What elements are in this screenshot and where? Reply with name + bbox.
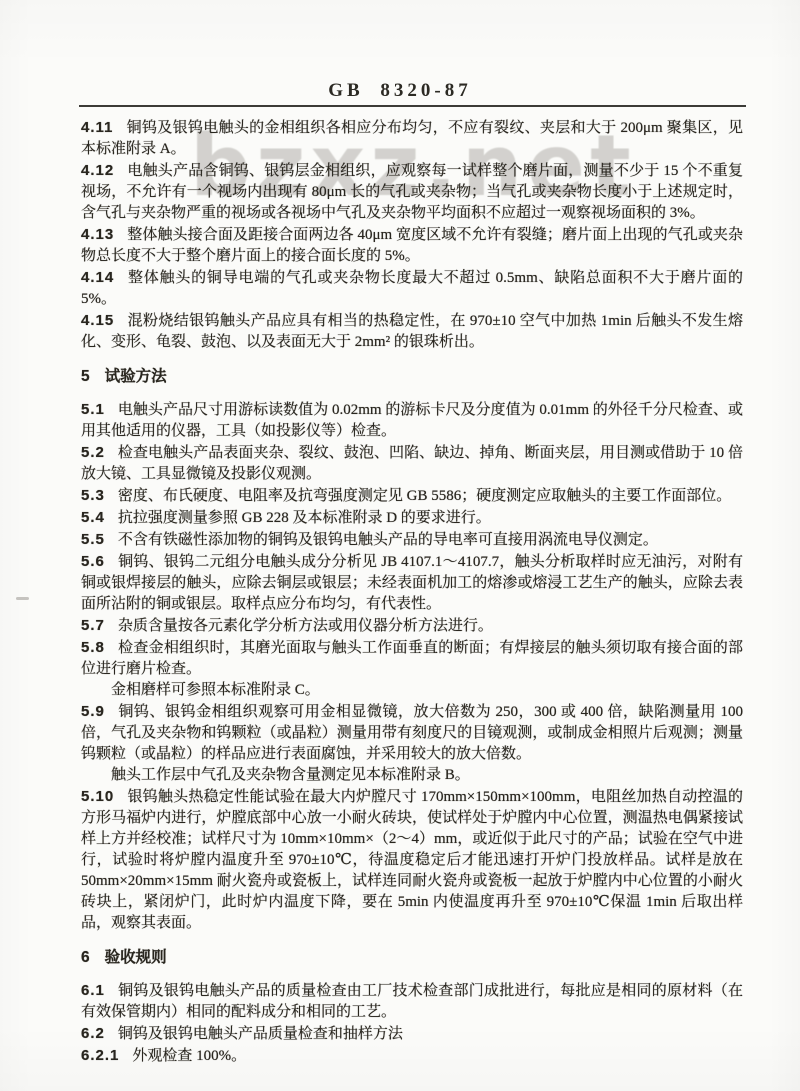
clause-text: 外观检查 100%。 [132, 1048, 246, 1064]
clause-number: 5.3 [81, 487, 105, 504]
clause-number: 5.2 [81, 444, 105, 461]
clause-5-7: 5.7杂质含量按各元素化学分析方法或用仪器分析方法进行。 [81, 615, 743, 637]
section-heading-5: 5试验方法 [81, 366, 743, 387]
clause-number: 5.8 [81, 639, 105, 656]
clause-text: 检查金相组织时，其磨光面取与触头工作面垂直的断面；有焊接层的触头须切取有接合面的… [81, 640, 743, 677]
clause-number: 5.4 [81, 509, 105, 526]
clause-5-10: 5.10银钨触头热稳定性能试验在最大内炉膛尺寸 170mm×150mm×100m… [81, 786, 743, 934]
clause-text: 抗拉强度测量参照 GB 228 及本标准附录 D 的要求进行。 [118, 510, 491, 526]
clause-number: 4.15 [81, 312, 114, 329]
clause-text: 杂质含量按各元素化学分析方法或用仪器分析方法进行。 [118, 618, 493, 634]
clause-number: 5.5 [81, 531, 105, 548]
clause-number: 5.6 [81, 553, 105, 570]
section-title: 验收规则 [105, 949, 167, 966]
clause-number: 5.1 [81, 401, 105, 418]
scan-artifact [16, 597, 29, 600]
clause-text: 铜钨、银钨二元组分电触头成分分析见 JB 4107.1～4107.7，触头分析取… [81, 554, 743, 612]
clause-4-11: 4.11铜钨及银钨电触头的金相组织各相应分布均匀，不应有裂纹、夹层和大于 200… [81, 117, 743, 160]
clause-4-12: 4.12电触头产品含铜钨、银钨层金相组织，应观察每一试样整个磨片面，测量不少于 … [81, 160, 743, 224]
section-title: 试验方法 [105, 368, 167, 385]
clause-4-13: 4.13整体触头接合面及距接合面两边各 40μm 宽度区域不允许有裂缝；磨片面上… [81, 224, 743, 267]
clause-text: 铜钨及银钨电触头的金相组织各相应分布均匀，不应有裂纹、夹层和大于 200μm 聚… [81, 120, 743, 157]
clause-5-8-note: 金相磨样可参照本标准附录 C。 [81, 680, 743, 701]
clause-6-2-1: 6.2.1外观检查 100%。 [81, 1045, 743, 1067]
clause-text: 密度、布氏硬度、电阻率及抗弯强度测定见 GB 5586；硬度测定应取触头的主要工… [118, 488, 731, 504]
section-number: 5 [81, 368, 91, 385]
clause-text: 银钨触头热稳定性能试验在最大内炉膛尺寸 170mm×150mm×100mm，电阻… [81, 789, 743, 931]
clause-5-2: 5.2检查电触头产品表面夹杂、裂纹、鼓泡、凹陷、缺边、掉角、断面夹层，用目测或借… [81, 442, 743, 485]
clause-6-1: 6.1铜钨及银钨电触头产品的质量检查由工厂技术检查部门成批进行，每批应是相同的原… [81, 980, 743, 1023]
section-heading-6: 6验收规则 [81, 947, 743, 968]
clause-number: 4.13 [81, 226, 114, 243]
clause-number: 6.2.1 [81, 1047, 119, 1064]
clause-number: 4.11 [81, 119, 113, 136]
clause-text: 整体触头的铜导电端的气孔或夹杂物长度最大不超过 0.5mm、缺陷总面积不大于磨片… [81, 270, 743, 307]
standard-number-header: GB 8320-87 [0, 80, 800, 102]
clause-number: 6.1 [81, 982, 105, 999]
clause-5-6: 5.6铜钨、银钨二元组分电触头成分分析见 JB 4107.1～4107.7，触头… [81, 551, 743, 615]
clause-text: 混粉烧结银钨触头产品应具有相当的热稳定性，在 970±10 空气中加热 1min… [81, 313, 743, 350]
clause-5-9-note: 触头工作层中气孔及夹杂物含量测定见本标准附录 B。 [81, 765, 743, 786]
header-divider-rule [79, 105, 746, 107]
clause-5-5: 5.5不含有铁磁性添加物的铜钨及银钨电触头产品的导电率可直接用涡流电导仪测定。 [81, 529, 743, 551]
clause-5-8: 5.8检查金相组织时，其磨光面取与触头工作面垂直的断面；有焊接层的触头须切取有接… [81, 637, 743, 680]
clause-5-9: 5.9铜钨、银钨金相组织观察可用金相显微镜，放大倍数为 250，300 或 40… [81, 701, 743, 765]
document-body: 4.11铜钨及银钨电触头的金相组织各相应分布均匀，不应有裂纹、夹层和大于 200… [81, 117, 743, 1067]
section-number: 6 [81, 949, 91, 966]
clause-text: 铜钨及银钨电触头产品的质量检查由工厂技术检查部门成批进行，每批应是相同的原材料（… [81, 983, 743, 1020]
clause-text: 检查电触头产品表面夹杂、裂纹、鼓泡、凹陷、缺边、掉角、断面夹层，用目测或借助于 … [81, 445, 743, 482]
clause-number: 5.9 [81, 703, 105, 720]
clause-number: 5.10 [81, 788, 114, 805]
clause-text: 整体触头接合面及距接合面两边各 40μm 宽度区域不允许有裂缝；磨片面上出现的气… [81, 227, 743, 264]
clause-6-2: 6.2铜钨及银钨电触头产品质量检查和抽样方法 [81, 1023, 743, 1045]
clause-text: 铜钨及银钨电触头产品质量检查和抽样方法 [118, 1026, 403, 1042]
clause-number: 5.7 [81, 617, 105, 634]
clause-text: 不含有铁磁性添加物的铜钨及银钨电触头产品的导电率可直接用涡流电导仪测定。 [118, 532, 658, 548]
clause-5-1: 5.1电触头产品尺寸用游标读数值为 0.02mm 的游标卡尺及分度值为 0.01… [81, 399, 743, 442]
clause-text: 铜钨、银钨金相组织观察可用金相显微镜，放大倍数为 250，300 或 400 倍… [81, 704, 743, 762]
scanned-document-page: bzxz.net GB 8320-87 4.11铜钨及银钨电触头的金相组织各相应… [0, 0, 800, 1091]
clause-4-15: 4.15混粉烧结银钨触头产品应具有相当的热稳定性，在 970±10 空气中加热 … [81, 310, 743, 353]
clause-number: 6.2 [81, 1025, 105, 1042]
clause-5-3: 5.3密度、布氏硬度、电阻率及抗弯强度测定见 GB 5586；硬度测定应取触头的… [81, 485, 743, 507]
clause-4-14: 4.14整体触头的铜导电端的气孔或夹杂物长度最大不超过 0.5mm、缺陷总面积不… [81, 267, 743, 310]
clause-5-4: 5.4抗拉强度测量参照 GB 228 及本标准附录 D 的要求进行。 [81, 507, 743, 529]
clause-number: 4.12 [81, 162, 114, 179]
clause-number: 4.14 [81, 269, 114, 286]
clause-text: 电触头产品尺寸用游标读数值为 0.02mm 的游标卡尺及分度值为 0.01mm … [81, 402, 743, 439]
clause-text: 电触头产品含铜钨、银钨层金相组织，应观察每一试样整个磨片面，测量不少于 15 个… [81, 163, 743, 221]
